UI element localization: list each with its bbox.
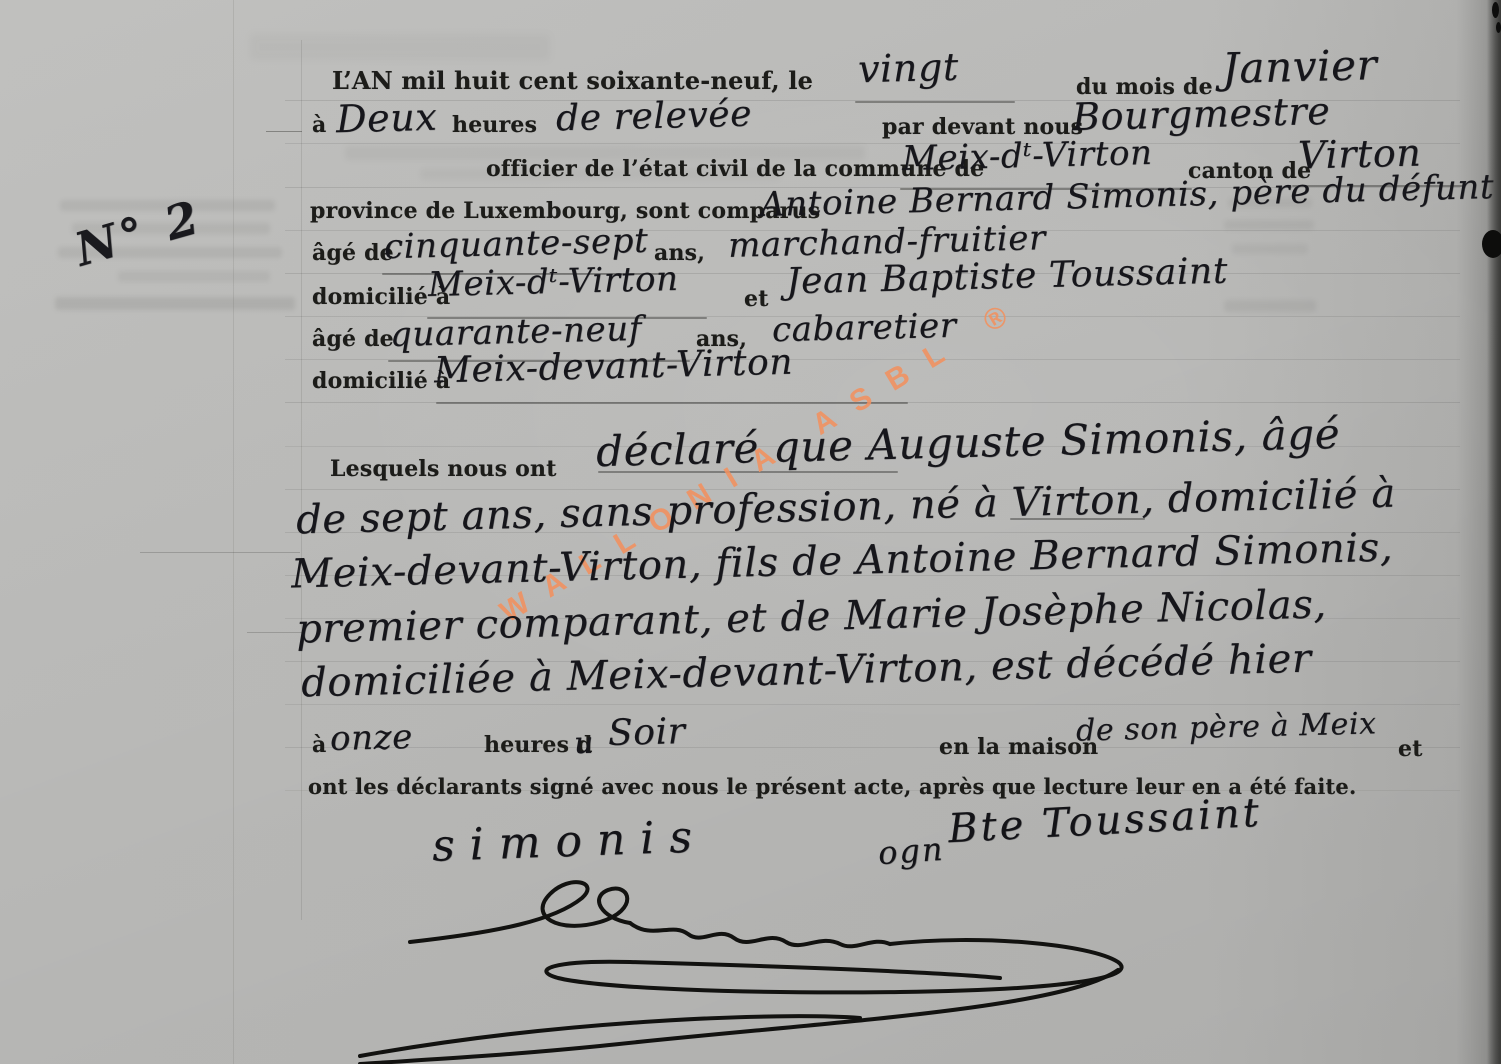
handwritten-entry: vingt	[857, 45, 959, 91]
printed-form-text: et	[1398, 736, 1423, 762]
printed-form-text: à	[312, 732, 326, 758]
printed-form-text: en la maison	[939, 734, 1098, 760]
handwritten-entry: Janvier	[1221, 40, 1377, 93]
printed-form-text: à	[312, 112, 326, 138]
handwritten-entry: onze	[330, 717, 414, 759]
printed-form-text: Lesquels nous ont	[330, 456, 557, 482]
printed-form-text: heures	[452, 112, 537, 138]
page-edge-shadow	[1487, 0, 1501, 1064]
edge-mark	[1492, 2, 1499, 18]
handwritten-entry: Meix-dᵗ-Virton	[902, 133, 1153, 179]
edge-mark	[1496, 22, 1501, 33]
handwritten-entry: de son père à Meix	[1076, 706, 1377, 748]
handwritten-entry: Soir	[608, 711, 686, 754]
printed-form-text: L’AN mil huit cent soixante-neuf, le	[332, 66, 813, 95]
printed-form-text: domicilié à	[312, 368, 450, 394]
death-certificate-scan: WALLONIA ASBL ® N° 2 L’AN mil huit cent …	[0, 0, 1501, 1064]
handwritten-entry: déclaré que Auguste Simonis, âgé	[596, 409, 1341, 476]
handwritten-entry: u	[574, 726, 595, 761]
printed-form-text: âgé de	[312, 326, 394, 352]
printed-form-text: province de Luxembourg, sont comparus	[310, 198, 820, 224]
ink-blot	[1482, 230, 1501, 258]
printed-form-text: âgé de	[312, 240, 394, 266]
handwritten-entry: Deux	[335, 95, 437, 141]
handwritten-entry: Bourgmestre	[1072, 89, 1331, 139]
handwritten-entry: cabaretier	[772, 306, 958, 350]
official-signature-flourish	[300, 860, 1300, 1064]
handwritten-entry: Meix-devant-Virton	[434, 342, 794, 392]
handwritten-entry: Meix-dᵗ-Virton	[428, 259, 679, 305]
printed-form-text: et	[744, 286, 769, 312]
handwritten-entry: de relevée	[556, 94, 753, 140]
